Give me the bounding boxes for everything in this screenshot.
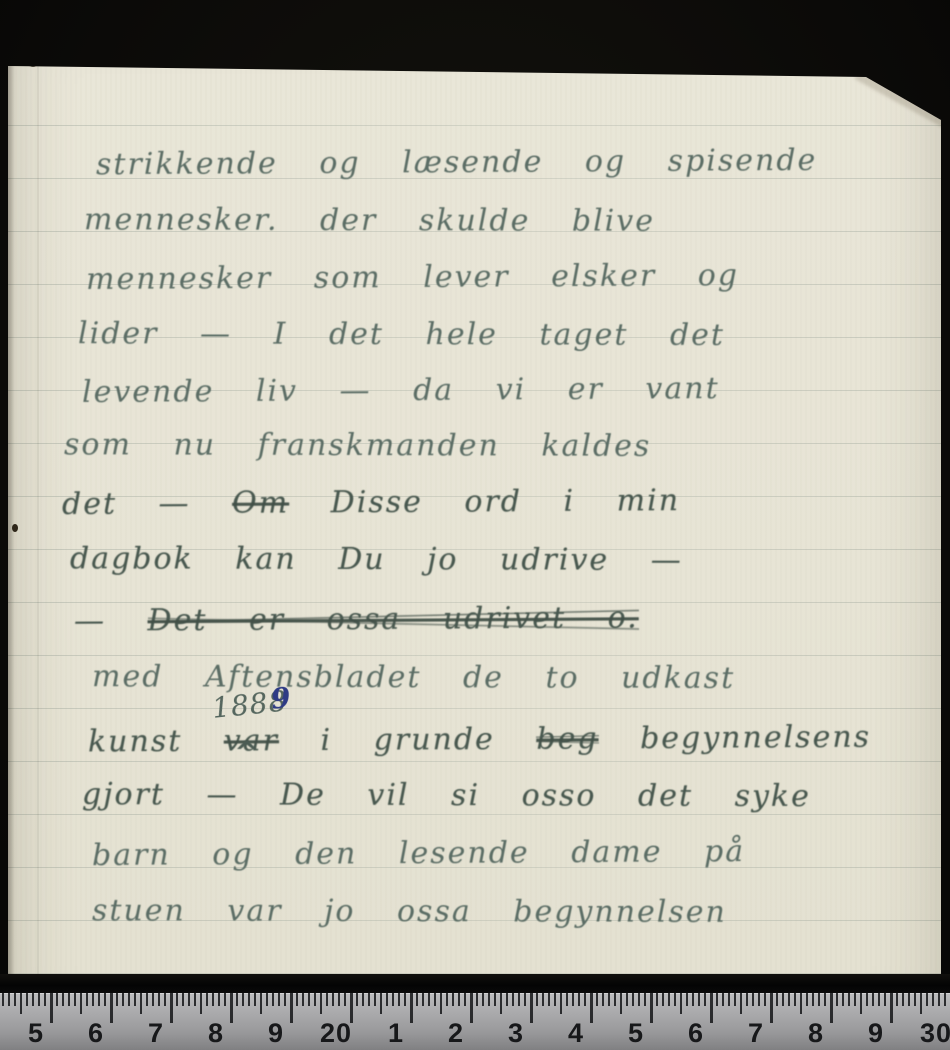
ruler-mm-tick xyxy=(878,993,880,1006)
year-last-digit: 89 xyxy=(267,684,289,719)
ruler-mm-tick xyxy=(926,993,928,1006)
ruler-mm-tick xyxy=(86,993,88,1006)
ruler-mm-tick xyxy=(596,993,598,1006)
ruler-mm-tick xyxy=(26,993,28,1006)
handwriting-line: dagbok kan Du jo udrive — xyxy=(70,541,683,578)
handwriting-line: det — Om Disse ord i min xyxy=(62,483,680,522)
ruler-mm-tick xyxy=(944,993,946,1006)
ruler-mm-tick xyxy=(356,993,358,1006)
ruler-mm-tick xyxy=(20,993,22,1014)
ruler-mm-tick xyxy=(872,993,874,1006)
ruler-mm-tick xyxy=(362,993,364,1006)
ruler-mm-tick xyxy=(374,993,376,1006)
year-ink-overwrite: 9 xyxy=(269,681,293,716)
ruler-mm-tick xyxy=(680,993,682,1014)
ruler-mm-tick xyxy=(224,993,226,1006)
ruler-mm-tick xyxy=(176,993,178,1006)
ruler-mm-tick xyxy=(842,993,844,1006)
ruler-mm-tick xyxy=(218,993,220,1006)
handwriting-line: med Aftensbladet de to udkast xyxy=(92,659,735,696)
ruler-mm-tick xyxy=(128,993,130,1006)
handwriting-text: gjort — De vil si osso det syke xyxy=(82,777,811,814)
ruler-mm-tick xyxy=(638,993,640,1006)
ruler-mm-tick xyxy=(854,993,856,1006)
ruler-mm-tick xyxy=(746,993,748,1006)
ruler-mm-tick xyxy=(818,993,820,1006)
struck-text: Det er ossa udrivet o. xyxy=(147,600,638,638)
ruler-mm-tick xyxy=(716,993,718,1006)
ruler-mm-tick xyxy=(902,993,904,1006)
ruler-mm-tick xyxy=(560,993,562,1014)
ruler-mm-tick xyxy=(182,993,184,1006)
ruler-mm-tick xyxy=(836,993,838,1006)
ruler-mm-tick xyxy=(266,993,268,1006)
ruler-mm-tick xyxy=(488,993,490,1006)
ruler-mm-tick xyxy=(152,993,154,1006)
handwriting-text: stuen var jo ossa begynnelsen xyxy=(92,893,727,930)
ruler-mm-tick xyxy=(236,993,238,1006)
ruler-mm-tick xyxy=(626,993,628,1006)
ruler-mm-tick xyxy=(308,993,310,1006)
ruler-cm-tick xyxy=(650,993,653,1023)
ruler-mm-tick xyxy=(158,993,160,1006)
ruler-mm-tick xyxy=(284,993,286,1006)
ruler-mm-tick xyxy=(734,993,736,1006)
ruler-mm-tick xyxy=(260,993,262,1014)
ruler-mm-tick xyxy=(8,993,10,1006)
ruler-mm-tick xyxy=(428,993,430,1006)
handwriting-line: som nu franskmanden kaldes xyxy=(64,427,651,464)
ruler-mm-tick xyxy=(512,993,514,1006)
ruler-mm-tick xyxy=(32,993,34,1006)
ruler-mm-tick xyxy=(206,993,208,1006)
ruler-mm-tick xyxy=(194,993,196,1006)
ruler-mm-tick xyxy=(422,993,424,1006)
ruler-shadow xyxy=(0,974,950,993)
ruler-mm-tick xyxy=(302,993,304,1006)
struck-text: Om xyxy=(232,486,289,521)
ruler-mm-tick xyxy=(740,993,742,1014)
ruler-mm-tick xyxy=(608,993,610,1006)
ruler-mm-tick xyxy=(434,993,436,1006)
ruler-mm-tick xyxy=(44,993,46,1006)
handwriting-text: levende liv — da vi er vant xyxy=(82,371,720,410)
handwriting-line: mennesker som lever elsker og xyxy=(86,258,739,297)
ruler-label: 9 xyxy=(268,1018,284,1049)
ruler-mm-tick xyxy=(446,993,448,1006)
ruler-cm-tick xyxy=(170,993,173,1023)
ruler-mm-tick xyxy=(392,993,394,1006)
ruler-mm-tick xyxy=(722,993,724,1006)
handwriting-line: — Det er ossa udrivet o. xyxy=(74,600,639,638)
handwriting-text: — xyxy=(74,603,148,638)
ruler-cm-tick xyxy=(710,993,713,1023)
ruler-mm-tick xyxy=(272,993,274,1006)
ruler-mm-tick xyxy=(320,993,322,1014)
ruler-mm-tick xyxy=(554,993,556,1006)
year-pencil-digits: 188 xyxy=(210,686,270,725)
handwriting-text: med Aftensbladet de to udkast xyxy=(92,659,735,696)
ruler-mm-tick xyxy=(914,993,916,1006)
ruler-mm-tick xyxy=(698,993,700,1006)
ruler-mm-tick xyxy=(368,993,370,1006)
ruler-cm-tick xyxy=(230,993,233,1023)
ruler-mm-tick xyxy=(416,993,418,1006)
ruler-label: 9 xyxy=(868,1018,884,1049)
handwriting-layer: strikkende og læsende og spisendemennesk… xyxy=(0,0,950,1050)
ruler-mm-tick xyxy=(380,993,382,1014)
ruler-mm-tick xyxy=(494,993,496,1006)
ruler-mm-tick xyxy=(848,993,850,1006)
handwriting-text: kunst xyxy=(88,724,224,760)
ruler-mm-tick xyxy=(278,993,280,1006)
ruler-mm-tick xyxy=(620,993,622,1014)
handwriting-text: i grunde xyxy=(279,722,537,759)
ruler-label: 3 xyxy=(508,1018,524,1049)
ruler-mm-tick xyxy=(704,993,706,1006)
ruler-mm-tick xyxy=(164,993,166,1006)
ruler-label: 5 xyxy=(28,1018,44,1049)
handwriting-text: det — xyxy=(62,486,232,522)
ruler-mm-tick xyxy=(314,993,316,1006)
ruler-mm-tick xyxy=(62,993,64,1006)
ruler-mm-tick xyxy=(134,993,136,1006)
ruler-mm-tick xyxy=(908,993,910,1006)
ruler-label: 7 xyxy=(748,1018,764,1049)
ruler-mm-tick xyxy=(296,993,298,1006)
ruler-mm-tick xyxy=(824,993,826,1006)
ruler-mm-tick xyxy=(80,993,82,1014)
caret-insertion-icon: ^ xyxy=(234,736,259,771)
handwriting-line: barn og den lesende dame på xyxy=(92,834,745,873)
ruler-cm-tick xyxy=(770,993,773,1023)
ruler-mm-tick xyxy=(692,993,694,1006)
ruler-mm-tick xyxy=(584,993,586,1006)
handwriting-text: barn og den lesende dame på xyxy=(92,834,745,873)
ruler-mm-tick xyxy=(674,993,676,1006)
ruler-mm-tick xyxy=(464,993,466,1006)
handwriting-line: gjort — De vil si osso det syke xyxy=(82,777,811,814)
handwriting-text: lider — I det hele taget det xyxy=(78,316,725,353)
ruler-mm-tick xyxy=(524,993,526,1006)
ruler-mm-tick xyxy=(92,993,94,1006)
ruler-mm-tick xyxy=(242,993,244,1006)
ruler-cm-tick xyxy=(590,993,593,1023)
ruler-mm-tick xyxy=(812,993,814,1006)
ruler-mm-tick xyxy=(146,993,148,1006)
ruler-mm-tick xyxy=(500,993,502,1014)
ruler-label: 1 xyxy=(388,1018,404,1049)
ruler-mm-tick xyxy=(800,993,802,1014)
ruler-mm-tick xyxy=(326,993,328,1006)
ruler-mm-tick xyxy=(38,993,40,1006)
ruler-mm-tick xyxy=(200,993,202,1014)
ruler-label: 4 xyxy=(568,1018,584,1049)
ruler-mm-tick xyxy=(566,993,568,1006)
cm-ruler: 567892012345678930 xyxy=(0,993,950,1050)
ruler-mm-tick xyxy=(68,993,70,1006)
handwriting-text: mennesker. der skulde blive xyxy=(84,202,655,238)
ruler-mm-tick xyxy=(104,993,106,1006)
ruler-mm-tick xyxy=(752,993,754,1006)
ruler-mm-tick xyxy=(542,993,544,1006)
struck-text: beg xyxy=(536,721,598,756)
handwriting-line: levende liv — da vi er vant xyxy=(82,371,720,410)
ruler-mm-tick xyxy=(668,993,670,1006)
ruler-mm-tick xyxy=(452,993,454,1006)
ruler-mm-tick xyxy=(932,993,934,1006)
ruler-mm-tick xyxy=(662,993,664,1006)
ruler-mm-tick xyxy=(386,993,388,1006)
ruler-mm-tick xyxy=(440,993,442,1014)
ruler-mm-tick xyxy=(806,993,808,1006)
ruler-mm-tick xyxy=(884,993,886,1006)
ruler-cm-tick xyxy=(50,993,53,1023)
ruler-label: 6 xyxy=(88,1018,104,1049)
ruler-mm-tick xyxy=(920,993,922,1014)
ruler-cm-tick xyxy=(890,993,893,1023)
ruler-mm-tick xyxy=(122,993,124,1006)
ruler-mm-tick xyxy=(866,993,868,1006)
ruler-mm-tick xyxy=(74,993,76,1006)
ruler-mm-tick xyxy=(248,993,250,1006)
handwriting-line: lider — I det hele taget det xyxy=(78,316,725,353)
ruler-cm-tick xyxy=(410,993,413,1023)
ruler-cm-tick xyxy=(290,993,293,1023)
ruler-mm-tick xyxy=(212,993,214,1006)
ruler-mm-tick xyxy=(632,993,634,1006)
ruler-mm-tick xyxy=(518,993,520,1006)
ruler-mm-tick xyxy=(116,993,118,1006)
ruler-mm-tick xyxy=(458,993,460,1006)
handwriting-text: Disse ord i min xyxy=(289,483,680,520)
ruler-mm-tick xyxy=(98,993,100,1006)
ruler-mm-tick xyxy=(254,993,256,1006)
ruler-label: 20 xyxy=(320,1018,352,1049)
ruler-mm-tick xyxy=(536,993,538,1006)
ruler-cm-tick xyxy=(110,993,113,1023)
ruler-label: 5 xyxy=(628,1018,644,1049)
ruler-mm-tick xyxy=(764,993,766,1006)
handwriting-text: begynnelsens xyxy=(598,720,871,757)
handwriting-line: strikkende og læsende og spisende xyxy=(96,143,818,182)
ruler-cm-tick xyxy=(470,993,473,1023)
ruler-mm-tick xyxy=(548,993,550,1006)
ruler-label: 8 xyxy=(208,1018,224,1049)
ruler-mm-tick xyxy=(2,993,4,1006)
ruler-mm-tick xyxy=(140,993,142,1014)
ruler-mm-tick xyxy=(506,993,508,1006)
ruler-label: 7 xyxy=(148,1018,164,1049)
ruler-mm-tick xyxy=(482,993,484,1006)
handwriting-line: mennesker. der skulde blive xyxy=(84,202,655,238)
ruler-mm-tick xyxy=(188,993,190,1006)
handwriting-text: som nu franskmanden kaldes xyxy=(64,427,651,464)
handwriting-line: kunst var i grunde beg begynnelsens xyxy=(88,720,871,760)
ruler-mm-tick xyxy=(794,993,796,1006)
ruler-mm-tick xyxy=(896,993,898,1006)
photo-scan: strikkende og læsende og spisendemennesk… xyxy=(0,0,950,1050)
ruler-mm-tick xyxy=(614,993,616,1006)
ruler-mm-tick xyxy=(14,993,16,1006)
ruler-mm-tick xyxy=(776,993,778,1006)
ruler-mm-tick xyxy=(938,993,940,1006)
ruler-mm-tick xyxy=(404,993,406,1006)
ruler-mm-tick xyxy=(572,993,574,1006)
ruler-mm-tick xyxy=(758,993,760,1006)
handwriting-line: stuen var jo ossa begynnelsen xyxy=(92,893,727,930)
ruler-mm-tick xyxy=(332,993,334,1006)
ruler-cm-tick xyxy=(830,993,833,1023)
ruler-mm-tick xyxy=(398,993,400,1006)
ruler-mm-tick xyxy=(338,993,340,1006)
ruler-mm-tick xyxy=(578,993,580,1006)
ruler-mm-tick xyxy=(782,993,784,1006)
ruler-mm-tick xyxy=(728,993,730,1006)
ruler-mm-tick xyxy=(656,993,658,1006)
ruler-mm-tick xyxy=(788,993,790,1006)
ruler-mm-tick xyxy=(686,993,688,1006)
ruler-mm-tick xyxy=(602,993,604,1006)
ruler-mm-tick xyxy=(476,993,478,1006)
ruler-label: 6 xyxy=(688,1018,704,1049)
ruler-label: 2 xyxy=(448,1018,464,1049)
ruler-mm-tick xyxy=(860,993,862,1014)
ruler-mm-tick xyxy=(56,993,58,1006)
ruler-label: 8 xyxy=(808,1018,824,1049)
ruler-cm-tick xyxy=(530,993,533,1023)
handwriting-text: mennesker som lever elsker og xyxy=(86,258,739,297)
ruler-mm-tick xyxy=(344,993,346,1006)
handwriting-text: strikkende og læsende og spisende xyxy=(96,143,818,182)
ruler-mm-tick xyxy=(644,993,646,1006)
handwriting-text: dagbok kan Du jo udrive — xyxy=(70,541,683,578)
ruler-label: 30 xyxy=(920,1018,950,1049)
